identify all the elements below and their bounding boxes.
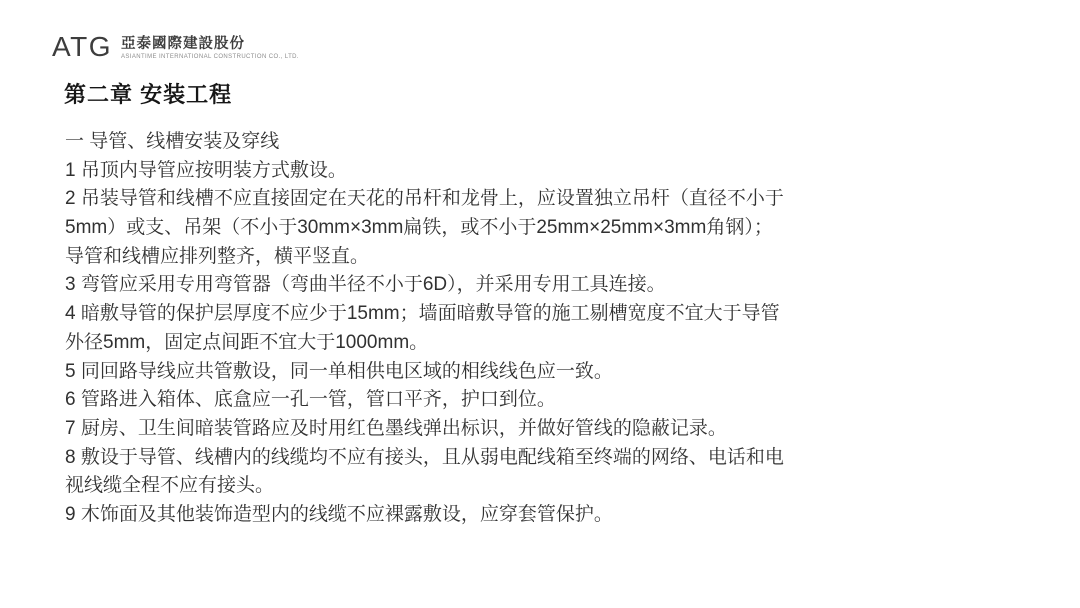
company-logo: ATG 亞泰國際建設股份 ASIANTIME INTERNATIONAL CON… <box>52 34 299 60</box>
company-name-en: ASIANTIME INTERNATIONAL CONSTRUCTION CO.… <box>121 54 299 60</box>
spec-list: 一 导管、线槽安装及穿线1 吊顶内导管应按明装方式敷设。2 吊装导管和线槽不应直… <box>65 128 845 530</box>
spec-line: 6 管路进入箱体、底盒应一孔一管，管口平齐，护口到位。 <box>65 386 845 415</box>
spec-line: 4 暗敷导管的保护层厚度不应少于15mm；墙面暗敷导管的施工剔槽宽度不宜大于导管 <box>65 300 845 329</box>
spec-line: 1 吊顶内导管应按明装方式敷设。 <box>65 157 845 186</box>
chapter-heading: 第二章 安装工程 <box>64 78 232 109</box>
spec-line: 一 导管、线槽安装及穿线 <box>65 128 845 157</box>
spec-line: 5 同回路导线应共管敷设，同一单相供电区域的相线线色应一致。 <box>65 358 845 387</box>
spec-line: 5mm）或支、吊架（不小于30mm×3mm扁铁，或不小于25mm×25mm×3m… <box>65 214 845 243</box>
spec-line: 2 吊装导管和线槽不应直接固定在天花的吊杆和龙骨上，应设置独立吊杆（直径不小于 <box>65 185 845 214</box>
spec-line: 3 弯管应采用专用弯管器（弯曲半径不小于6D），并采用专用工具连接。 <box>65 271 845 300</box>
spec-line: 视线缆全程不应有接头。 <box>65 472 845 501</box>
spec-line: 外径5mm，固定点间距不宜大于1000mm。 <box>65 329 845 358</box>
slide-page: ATG 亞泰國際建設股份 ASIANTIME INTERNATIONAL CON… <box>0 0 1080 608</box>
spec-line: 导管和线槽应排列整齐，横平竖直。 <box>65 243 845 272</box>
spec-line: 9 木饰面及其他装饰造型内的线缆不应裸露敷设，应穿套管保护。 <box>65 501 845 530</box>
spec-line: 7 厨房、卫生间暗装管路应及时用红色墨线弹出标识，并做好管线的隐蔽记录。 <box>65 415 845 444</box>
company-name-zh: 亞泰國際建設股份 <box>121 37 299 52</box>
logo-names: 亞泰國際建設股份 ASIANTIME INTERNATIONAL CONSTRU… <box>121 34 299 60</box>
logo-abbr-text: ATG <box>52 34 112 60</box>
spec-line: 8 敷设于导管、线槽内的线缆均不应有接头，且从弱电配线箱至终端的网络、电话和电 <box>65 444 845 473</box>
